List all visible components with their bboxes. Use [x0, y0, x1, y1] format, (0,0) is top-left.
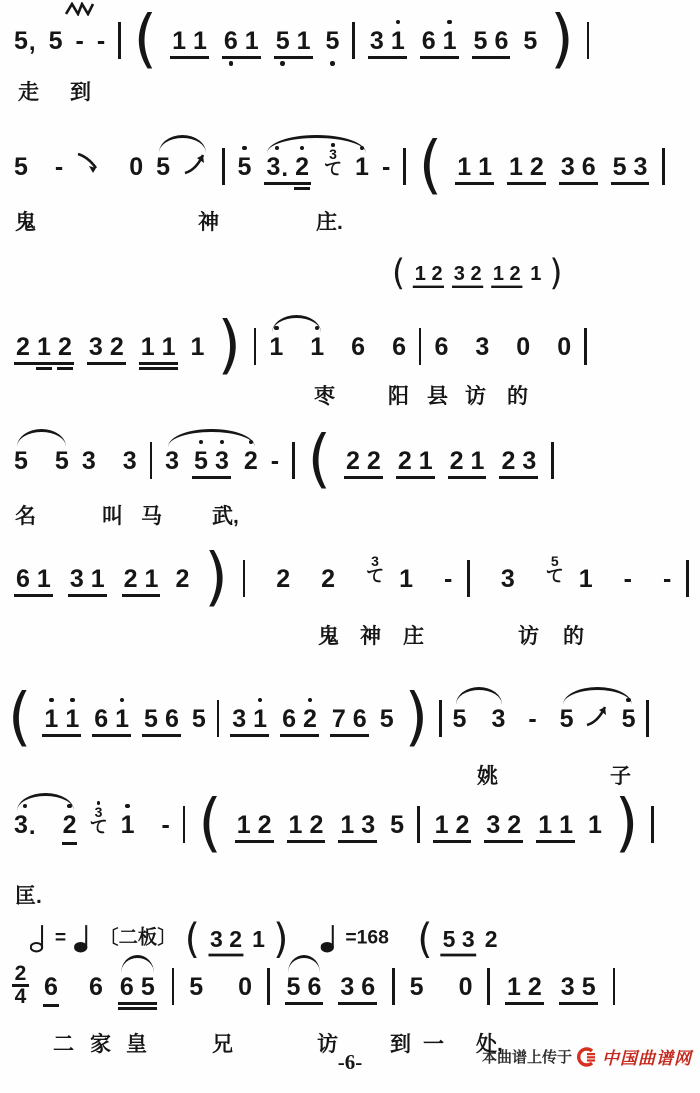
- tempo-text: =168: [345, 924, 389, 952]
- lyric-syllable: 的: [507, 380, 528, 410]
- note: 5: [144, 692, 158, 734]
- note: 5: [560, 692, 574, 734]
- note: 1: [193, 14, 207, 56]
- barline: [267, 968, 270, 1005]
- parenthesis: (: [8, 693, 31, 741]
- note: 2: [528, 960, 542, 1002]
- beam-group: 32: [87, 320, 126, 362]
- note: 1: [121, 798, 135, 840]
- note: 1: [399, 552, 413, 594]
- barline: [584, 328, 587, 365]
- note: 3: [634, 140, 648, 182]
- note: 1: [145, 552, 159, 594]
- note: 3: [340, 960, 354, 1002]
- lyric-syllable: 马: [141, 500, 162, 530]
- note: 6: [392, 320, 406, 362]
- note: 1: [289, 798, 303, 840]
- note: 1: [435, 798, 449, 840]
- barline: [183, 806, 186, 843]
- beam-group: 65: [118, 960, 157, 1002]
- beam-group: 12: [507, 140, 546, 182]
- note: 1: [245, 14, 259, 56]
- slide-up-icon: [183, 149, 209, 177]
- dash-note: -: [444, 552, 452, 594]
- note: 5: [49, 14, 63, 56]
- lyric-syllable: 神: [198, 206, 219, 236]
- note: 2: [295, 140, 309, 190]
- beam-group: 32: [208, 915, 244, 954]
- note: 2: [276, 552, 290, 594]
- dash-note: -: [75, 14, 83, 56]
- site-name: 中国曲谱网: [602, 1044, 692, 1069]
- note: 6: [282, 692, 296, 734]
- slur-group: 11: [269, 320, 324, 362]
- note: 2: [530, 140, 544, 182]
- note: 5: [156, 140, 170, 182]
- slide-down-icon: [76, 149, 102, 177]
- note: 3: [370, 14, 384, 56]
- dash-note: -: [271, 434, 279, 476]
- dash-note: -: [161, 798, 169, 840]
- slide-up-icon: [585, 701, 611, 729]
- note: 5: [141, 960, 155, 1002]
- note: 1: [91, 552, 105, 594]
- lyric-syllable: 到: [390, 1028, 411, 1058]
- lyric-syllable: 县: [427, 380, 448, 410]
- dash-note: -: [624, 552, 632, 594]
- note: 1: [44, 692, 58, 734]
- beam-group: 61: [14, 552, 53, 594]
- note: 5: [443, 915, 456, 954]
- note: 1: [253, 692, 267, 734]
- note: 5: [189, 960, 203, 1002]
- lyric-syllable: 庄.: [316, 206, 343, 236]
- beam-group: 62: [280, 692, 319, 734]
- lyric-syllable: 鬼: [15, 206, 36, 236]
- music-line-0: 5,5--(11615153161565): [14, 14, 589, 66]
- note: 1: [457, 140, 471, 182]
- note: 1: [588, 798, 602, 840]
- note: 5: [380, 692, 394, 734]
- beam-group: 76: [330, 692, 369, 734]
- note: 5: [14, 434, 28, 476]
- note: 6: [224, 14, 238, 66]
- note: 1: [559, 798, 573, 840]
- lyric-syllable: 访: [518, 620, 539, 650]
- beam-group: 31: [68, 552, 107, 594]
- lyric-syllable: 皇: [126, 1028, 147, 1058]
- note: 5: [410, 960, 424, 1002]
- trill-icon: [65, 2, 95, 16]
- barline: [217, 700, 220, 737]
- note: 3: [486, 798, 500, 840]
- beam-group: 11: [170, 14, 209, 56]
- note: 1: [478, 140, 492, 182]
- note: 5,: [14, 14, 36, 56]
- note: 6: [307, 960, 321, 1002]
- music-line-4: 55333532-(22212123: [14, 434, 554, 482]
- note: 3: [215, 434, 229, 476]
- parenthesis: ): [615, 799, 638, 847]
- note: 1: [493, 252, 504, 286]
- note: 1: [415, 252, 426, 286]
- note: 1: [471, 434, 485, 476]
- slur-group: 55: [560, 692, 636, 734]
- beam-group: 11: [139, 320, 178, 362]
- note: 1: [115, 692, 129, 734]
- note: 1: [443, 14, 457, 56]
- slur-group: 55: [14, 434, 69, 476]
- note: 6: [494, 14, 508, 56]
- half-note-icon: [30, 923, 47, 952]
- barline: [439, 700, 442, 737]
- note: 2: [485, 915, 498, 954]
- lyric-syllable: 武,: [212, 500, 239, 530]
- note: 2: [63, 798, 77, 845]
- note: 1: [340, 798, 354, 840]
- lyric-syllable: 姚: [477, 760, 498, 790]
- lyric-syllable: 访: [465, 380, 486, 410]
- note: 6: [434, 320, 448, 362]
- site-logo-icon: [577, 1047, 597, 1067]
- beam-group: 12: [491, 252, 522, 286]
- beam-group: 23: [499, 434, 538, 476]
- lyric-syllable: 走: [18, 76, 39, 106]
- slur-group: 5: [156, 140, 209, 182]
- beam-group: 11: [42, 692, 81, 734]
- beam-group: 13: [338, 798, 377, 840]
- beam-group: 53: [441, 915, 477, 954]
- slur-group: 65: [118, 960, 157, 1002]
- rest-note: 0: [459, 960, 473, 1002]
- lyric-syllable: 访: [317, 1028, 338, 1058]
- note: 2: [124, 552, 138, 594]
- grace-note: 5て: [546, 555, 564, 585]
- note: 6: [422, 14, 436, 56]
- note: 2: [110, 320, 124, 362]
- note: 1: [37, 552, 51, 594]
- note: 6: [165, 692, 179, 734]
- note: 2: [58, 320, 72, 370]
- note: 3: [522, 434, 536, 476]
- barline: [403, 148, 406, 185]
- note: 3: [491, 692, 505, 734]
- parenthesis: ): [204, 553, 227, 601]
- barline: [613, 968, 616, 1005]
- note: 2: [258, 798, 272, 840]
- parenthesis: (: [134, 15, 157, 63]
- lyric-syllable: 一: [423, 1028, 444, 1058]
- note: 5: [622, 692, 636, 734]
- slur-group: 53: [453, 692, 506, 734]
- barline: [467, 560, 470, 597]
- rest-note: 0: [129, 140, 143, 182]
- note: 5: [14, 140, 28, 182]
- music-line-2: (1232121): [392, 252, 563, 289]
- lyric-syllable: 的: [563, 620, 584, 650]
- note: 6: [89, 960, 103, 1002]
- barline: [646, 700, 649, 737]
- lyric-syllable: 兄: [212, 1028, 233, 1058]
- beam-group: 56: [285, 960, 324, 1002]
- grace-note: 3て: [366, 555, 384, 585]
- beam-group: 12: [433, 798, 472, 840]
- note: 2: [229, 915, 242, 954]
- note: 1: [37, 320, 51, 370]
- beam-group: 12: [505, 960, 544, 1002]
- lyric-syllable: 枣: [314, 380, 335, 410]
- note: 5: [326, 14, 340, 66]
- note: 2: [309, 798, 323, 840]
- barline: [551, 442, 554, 479]
- note: 3: [501, 552, 515, 594]
- note: 3: [123, 434, 137, 476]
- beam-group: 61: [222, 14, 261, 66]
- beam-group: 51: [274, 14, 313, 66]
- note: 1: [65, 692, 79, 734]
- barline: [243, 560, 246, 597]
- note: 5: [474, 14, 488, 56]
- beam-group: 61: [92, 692, 131, 734]
- note: 3: [454, 252, 465, 286]
- lyric-syllable: 匡.: [15, 880, 42, 910]
- note: 5: [276, 14, 290, 66]
- quarter-note-icon: [321, 923, 338, 952]
- note: 1: [579, 552, 593, 594]
- barline: [587, 22, 590, 59]
- dash-note: -: [55, 140, 63, 182]
- beam-group: 61: [420, 14, 459, 56]
- note: 3: [475, 320, 489, 362]
- barline: [419, 328, 422, 365]
- note: 7: [332, 692, 346, 734]
- slur-group: 3.2: [14, 798, 77, 845]
- note: 5: [192, 692, 206, 734]
- note: 6: [44, 960, 58, 1007]
- score-page: -6- 本曲谱上传于 中国曲谱网 5,5--(11615153161565)走到…: [0, 0, 700, 1093]
- slur-group: 3.23て1: [264, 140, 368, 190]
- slur-group: 3532: [165, 434, 258, 476]
- barline: [254, 328, 257, 365]
- music-line-5: 6131212)223て1-35て1--: [14, 552, 689, 600]
- beam-group: 35: [559, 960, 598, 1002]
- note: 6: [351, 320, 365, 362]
- lyric-syllable: 到: [70, 76, 91, 106]
- beam-group: 11: [536, 798, 575, 840]
- barline: [352, 22, 355, 59]
- rest-note: 0: [557, 320, 571, 362]
- note: 5: [55, 434, 69, 476]
- note: 1: [391, 14, 405, 56]
- note: 3: [561, 960, 575, 1002]
- barline: [651, 806, 654, 843]
- note: 3: [361, 798, 375, 840]
- music-line-tempo: =〔二板〕(321)=168(532: [30, 915, 498, 957]
- note: 1: [538, 798, 552, 840]
- barline: [150, 442, 153, 479]
- note: 1: [507, 960, 521, 1002]
- note: 3: [210, 915, 223, 954]
- lyric-syllable: 处,: [476, 1028, 503, 1058]
- note: 3: [232, 692, 246, 734]
- note: 6: [16, 552, 30, 594]
- note: 1: [310, 320, 324, 362]
- beam-group: 56: [472, 14, 511, 56]
- lyric-syllable: 神: [360, 620, 381, 650]
- note: 6: [94, 692, 108, 734]
- parenthesis: (: [392, 256, 405, 290]
- beam-group: 36: [338, 960, 377, 1002]
- note: 5: [238, 140, 252, 182]
- barline: [292, 442, 295, 479]
- barline: [417, 806, 420, 843]
- tempo-text: 〔二板〕: [99, 924, 176, 952]
- barline: [662, 148, 665, 185]
- parenthesis: ): [549, 256, 562, 290]
- parenthesis: ): [405, 693, 428, 741]
- barline: [118, 22, 121, 59]
- beam-group: 21: [122, 552, 161, 594]
- parenthesis: (: [419, 141, 442, 189]
- quarter-note-icon: [74, 923, 91, 952]
- beam-group: 31: [368, 14, 407, 56]
- note: 2: [367, 434, 381, 476]
- rest-note: 0: [238, 960, 252, 1002]
- note: 3.: [14, 798, 36, 840]
- note: 3: [82, 434, 96, 476]
- note: 1: [172, 14, 186, 56]
- time-signature: 24: [12, 965, 29, 1006]
- music-line-8: 246665505636501235: [12, 960, 615, 1007]
- parenthesis: (: [185, 920, 200, 959]
- note: 1: [237, 798, 251, 840]
- barline: [392, 968, 395, 1005]
- note: 2: [431, 252, 442, 286]
- beam-group: 56: [142, 692, 181, 734]
- dash-note: -: [382, 140, 390, 182]
- note: 3: [165, 434, 179, 476]
- note: 1: [530, 252, 541, 286]
- note: 2: [244, 434, 258, 476]
- grace-note: 3て: [90, 801, 108, 836]
- note: 1: [269, 320, 283, 362]
- beam-group: 32: [484, 798, 523, 840]
- note: 1: [141, 320, 155, 362]
- note: 5: [194, 434, 208, 476]
- lyric-syllable: 庄: [403, 620, 424, 650]
- note: 6: [353, 692, 367, 734]
- lyric-syllable: 家: [90, 1028, 111, 1058]
- note: 5: [582, 960, 596, 1002]
- note: 5: [613, 140, 627, 182]
- dash-note: -: [663, 552, 671, 594]
- beam-group: 32: [452, 252, 483, 286]
- lyric-syllable: 鬼: [318, 620, 339, 650]
- note: 1: [297, 14, 311, 56]
- note: 3: [462, 915, 475, 954]
- dash-note: -: [97, 14, 105, 56]
- rest-note: 0: [516, 320, 530, 362]
- note: 1: [162, 320, 176, 362]
- note: 1: [509, 140, 523, 182]
- beam-group: 31: [230, 692, 269, 734]
- note: 2: [470, 252, 481, 286]
- beam-group: 53: [192, 434, 231, 476]
- parenthesis: (: [198, 799, 221, 847]
- note: 3: [89, 320, 103, 362]
- augmentation-mark: .: [281, 156, 288, 182]
- barline: [172, 968, 175, 1005]
- beam-group: 212: [14, 320, 74, 370]
- note: 6: [361, 960, 375, 1002]
- barline: [686, 560, 689, 597]
- dash-note: -: [528, 692, 536, 734]
- note: 2: [303, 692, 317, 734]
- parenthesis: (: [417, 920, 432, 959]
- beam-group: 36: [559, 140, 598, 182]
- lyric-syllable: 名: [15, 500, 36, 530]
- music-line-3: 21232111)11666300: [14, 320, 587, 370]
- barline: [222, 148, 225, 185]
- note: 1: [419, 434, 433, 476]
- parenthesis: ): [217, 321, 240, 369]
- music-line-7: 3.23て1-(12121351232111): [14, 798, 654, 846]
- note: 3: [70, 552, 84, 594]
- music-line-6: (11615653162765)53-55: [8, 692, 649, 740]
- grace-note: 3て: [324, 143, 342, 178]
- note: 5: [453, 692, 467, 734]
- note: 5: [287, 960, 301, 1002]
- watermark: 本曲谱上传于 中国曲谱网: [482, 1044, 692, 1069]
- note: 2: [321, 552, 335, 594]
- note: 1: [191, 320, 205, 362]
- note: 2: [175, 552, 189, 594]
- note: 5: [390, 798, 404, 840]
- note: 6: [582, 140, 596, 182]
- note: 3: [561, 140, 575, 182]
- beam-group: 3.2: [264, 140, 311, 190]
- note: 1: [355, 140, 369, 182]
- parenthesis: ): [273, 920, 288, 959]
- augmentation-mark: .: [29, 814, 36, 840]
- note: 2: [455, 798, 469, 840]
- parenthesis: (: [308, 435, 331, 483]
- note: 2: [510, 252, 521, 286]
- note: 2: [346, 434, 360, 476]
- augmentation-mark: ,: [29, 30, 36, 56]
- parenthesis: ): [550, 15, 573, 63]
- note: 2: [16, 320, 30, 362]
- tempo-text: =: [55, 924, 66, 952]
- beam-group: 21: [448, 434, 487, 476]
- note: 2: [450, 434, 464, 476]
- note: 5: [523, 14, 537, 56]
- music-line-1: 5-0553.23て1-(11123653: [14, 140, 665, 190]
- beam-group: 53: [611, 140, 650, 182]
- lyric-syllable: 叫: [102, 500, 123, 530]
- slur-group: 56: [285, 960, 324, 1002]
- beam-group: 21: [396, 434, 435, 476]
- beam-group: 12: [235, 798, 274, 840]
- note: 1: [252, 915, 265, 954]
- beam-group: 12: [413, 252, 444, 286]
- beam-group: 22: [344, 434, 383, 476]
- note: 2: [501, 434, 515, 476]
- note: 2: [507, 798, 521, 840]
- lyric-syllable: 二: [53, 1028, 74, 1058]
- beam-group: 12: [287, 798, 326, 840]
- note: 6: [120, 960, 134, 1002]
